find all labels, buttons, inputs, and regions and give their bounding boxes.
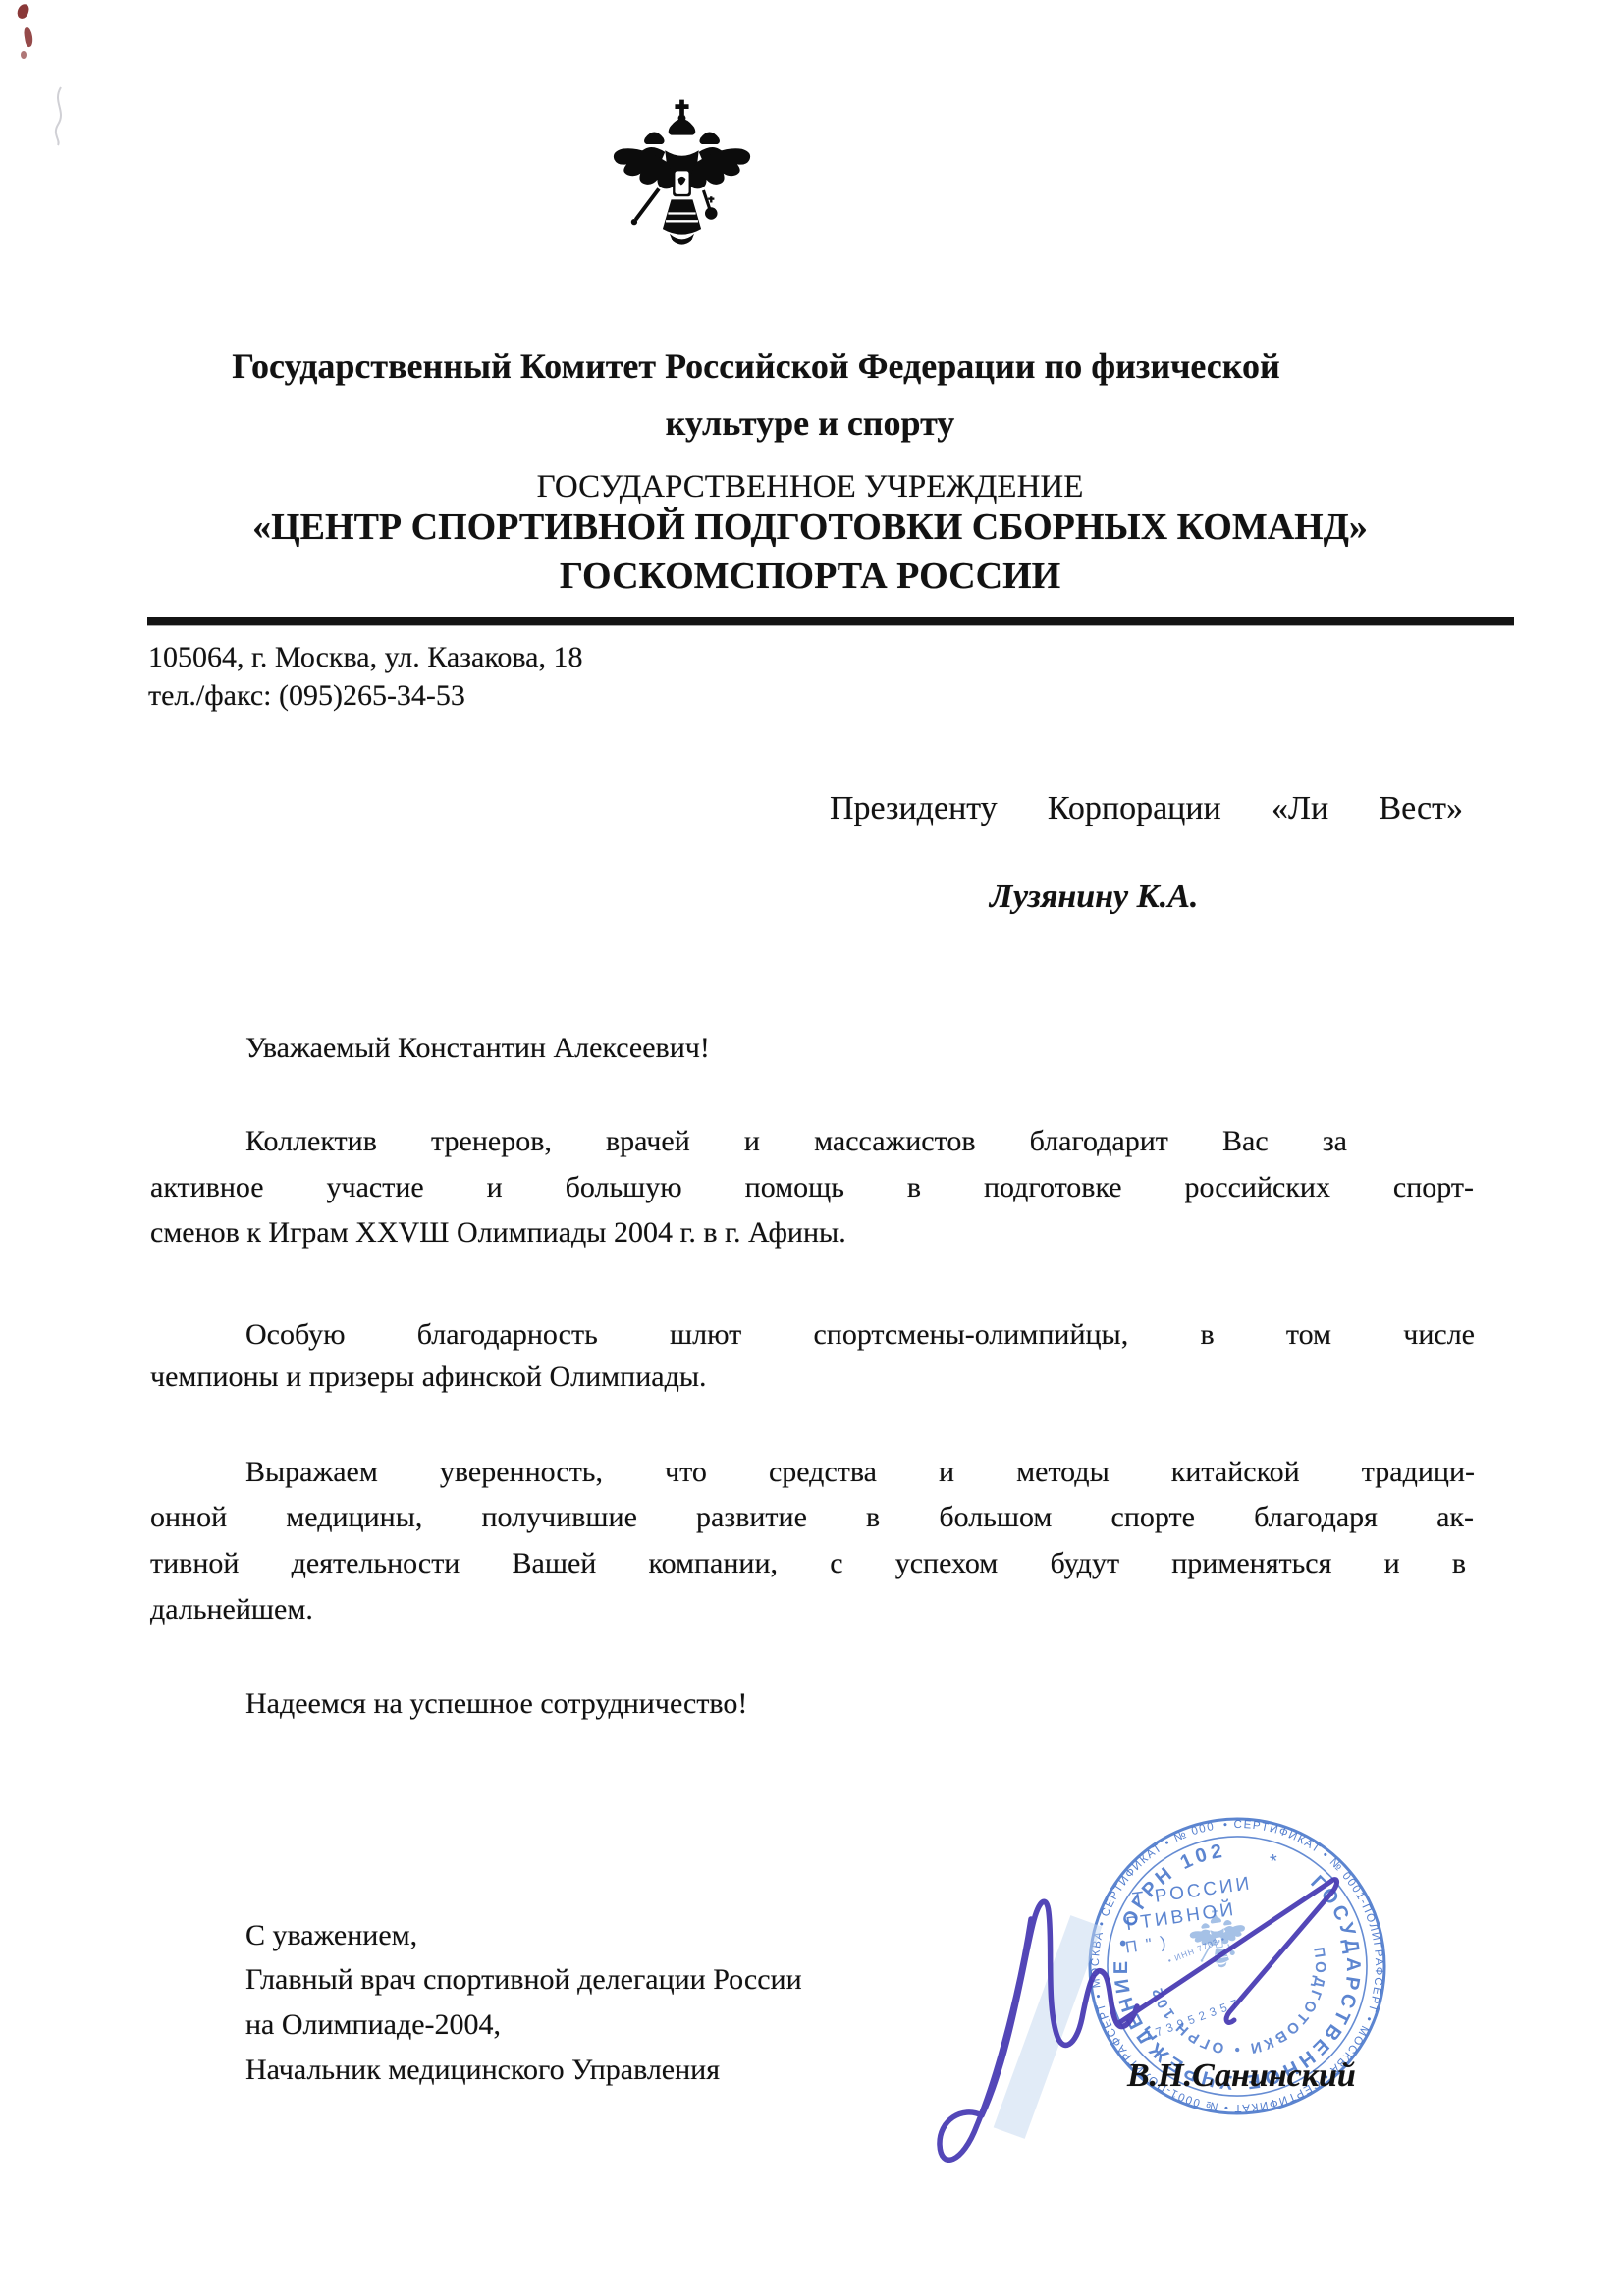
letterhead-committee-line2: культуре и спорту	[609, 402, 1011, 444]
recipient-name: Лузянину К.А.	[990, 878, 1198, 917]
recipient-title: Президенту Корпорации «Ли Вест»	[830, 789, 1463, 828]
paragraph3-line3: тивной деятельности Вашей компании, с ус…	[150, 1546, 1466, 1580]
paragraph1-line3: сменов к Играм XXVШ Олимпиады 2004 г. в …	[150, 1215, 846, 1250]
paragraph1-line2: активное участие и большую помощь в подг…	[150, 1170, 1474, 1204]
letterhead-institution-type: ГОСУДАРСТВЕННОЕ УЧРЕЖДЕНИЕ	[471, 468, 1149, 507]
signoff-line-title1: Главный врач спортивной делегации России	[245, 1962, 802, 1997]
scanned-letter-page: Государственный Комитет Российской Федер…	[0, 0, 1624, 2296]
scan-artifact-gray-squiggle	[49, 84, 79, 149]
paragraph3-line1: Выражаем уверенность, что средства и мет…	[245, 1455, 1475, 1489]
handwritten-signature	[884, 1826, 1394, 2199]
paragraph2-line1: Особую благодарность шлют спортсмены-оли…	[245, 1317, 1475, 1352]
paragraph3-line4: дальнейшем.	[150, 1592, 313, 1627]
letterhead-committee-line1: Государственный Комитет Российской Федер…	[167, 346, 1345, 387]
letterhead-institution-name: «ЦЕНТР СПОРТИВНОЙ ПОДГОТОВКИ СБОРНЫХ КОМ…	[137, 506, 1483, 550]
paragraph3-line2: онной медицины, получившие развитие в бо…	[150, 1500, 1474, 1534]
signoff-line-title2: на Олимпиаде-2004,	[245, 2007, 501, 2042]
paragraph2-line2: чемпионы и призеры афинской Олимпиады.	[150, 1360, 707, 1394]
signoff-line-title3: Начальник медицинского Управления	[245, 2053, 720, 2087]
letterhead-phone-fax: тел./факс: (095)265-34-53	[148, 678, 465, 713]
coat-of-arms-eagle-icon	[601, 98, 763, 329]
letterhead-divider-rule	[147, 617, 1514, 625]
signer-name: В.Н.Санинский	[1127, 2056, 1356, 2096]
signoff-line-regards: С уважением,	[245, 1918, 417, 1952]
closing-line: Надеемся на успешное сотрудничество!	[245, 1686, 747, 1721]
paragraph1-line1: Коллектив тренеров, врачей и массажистов…	[245, 1124, 1347, 1158]
letterhead-address: 105064, г. Москва, ул. Казакова, 18	[148, 640, 582, 674]
salutation: Уважаемый Константин Алексеевич!	[245, 1031, 710, 1065]
letterhead-institution-owner: ГОСКОМСПОРТА РОССИИ	[471, 555, 1149, 599]
